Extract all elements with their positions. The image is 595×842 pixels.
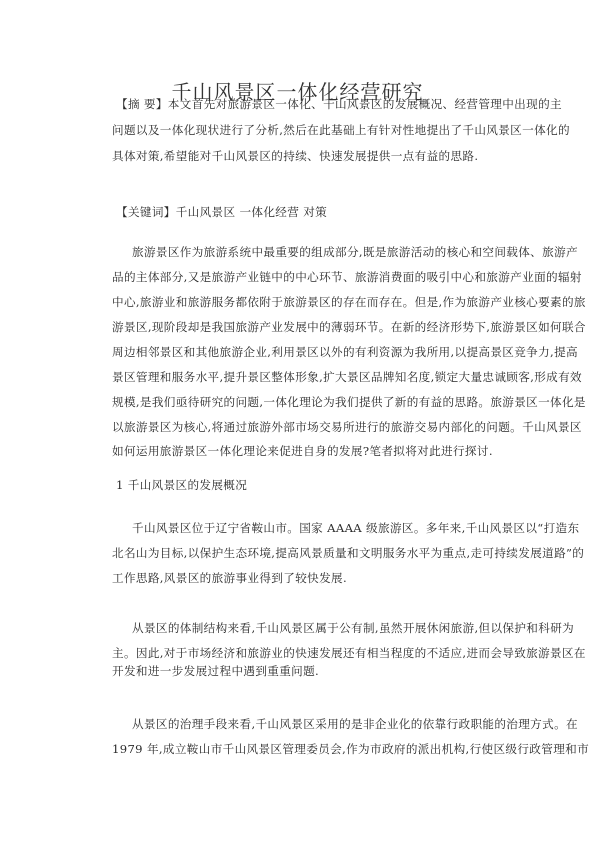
paragraph-line: 开发和进一步发展过程中遇到重重问题. <box>112 664 492 678</box>
abstract-line: 问题以及一体化现状进行了分析,然后在此基础上有针对性地提出了千山风景区一体化的 <box>112 123 492 137</box>
paragraph-line: 北名山为目标,以保护生态环境,提高风景质量和文明服务水平为重点,走可持续发展道路… <box>112 546 492 560</box>
paragraph-line: 千山风景区位于辽宁省鞍山市。国家 AAAA 级旅游区。多年来,千山风景区以“打造… <box>132 521 512 535</box>
paragraph-line: 规模,是我们亟待研究的问题,一体化理论为我们提供了新的有益的思路。旅游景区一体化… <box>112 395 492 409</box>
paragraph-line: 周边相邻景区和其他旅游企业,利用景区以外的有利资源为我所用,以提高景区竞争力,提… <box>112 345 492 359</box>
keywords: 【关键词】千山风景区 一体化经营 对策 <box>116 205 496 219</box>
paragraph-line: 景区管理和服务水平,提升景区整体形象,扩大景区品牌知名度,锁定大量忠诚顾客,形成… <box>112 370 492 384</box>
paragraph-line: 如何运用旅游景区一体化理论来促进自身的发展?笔者拟将对此进行探讨. <box>112 444 492 458</box>
paragraph-line: 从景区的治理手段来看,千山风景区采用的是非企业化的依靠行政职能的治理方式。在 <box>132 717 512 731</box>
paragraph-line: 从景区的体制结构来看,千山风景区属于公有制,虽然开展休闲旅游,但以保护和科研为 <box>132 621 512 635</box>
paragraph-line: 游景区,现阶段却是我国旅游产业发展中的薄弱环节。在新的经济形势下,旅游景区如何联… <box>112 320 492 334</box>
paragraph-line: 工作思路,风景区的旅游事业得到了较快发展. <box>112 571 492 585</box>
section-heading: 1 千山风景区的发展概况 <box>116 478 496 492</box>
paragraph-line: 旅游景区作为旅游系统中最重要的组成部分,既是旅游活动的核心和空间载体、旅游产 <box>132 245 512 259</box>
paragraph-line: 主。因此,对于市场经济和旅游业的快速发展还有相当程度的不适应,进而会导致旅游景区… <box>112 646 492 660</box>
paragraph-line: 中心,旅游业和旅游服务都依附于旅游景区的存在而存在。但是,作为旅游产业核心要素的… <box>112 295 492 309</box>
paragraph-line: 1979 年,成立鞍山市千山风景区管理委员会,作为市政府的派出机构,行使区级行政… <box>112 742 492 756</box>
paragraph-line: 品的主体部分,又是旅游产业链中的中心环节、旅游消费面的吸引中心和旅游产业面的辐射 <box>112 270 492 284</box>
abstract-line: 【摘 要】本文首先对旅游景区一体化、千山风景区的发展概况、经营管理中出现的主 <box>116 97 496 111</box>
paragraph-line: 以旅游景区为核心,将通过旅游外部市场交易所进行的旅游交易内部化的问题。千山风景区 <box>112 420 492 434</box>
abstract-line: 具体对策,希望能对千山风景区的持续、快速发展提供一点有益的思路. <box>112 149 492 163</box>
